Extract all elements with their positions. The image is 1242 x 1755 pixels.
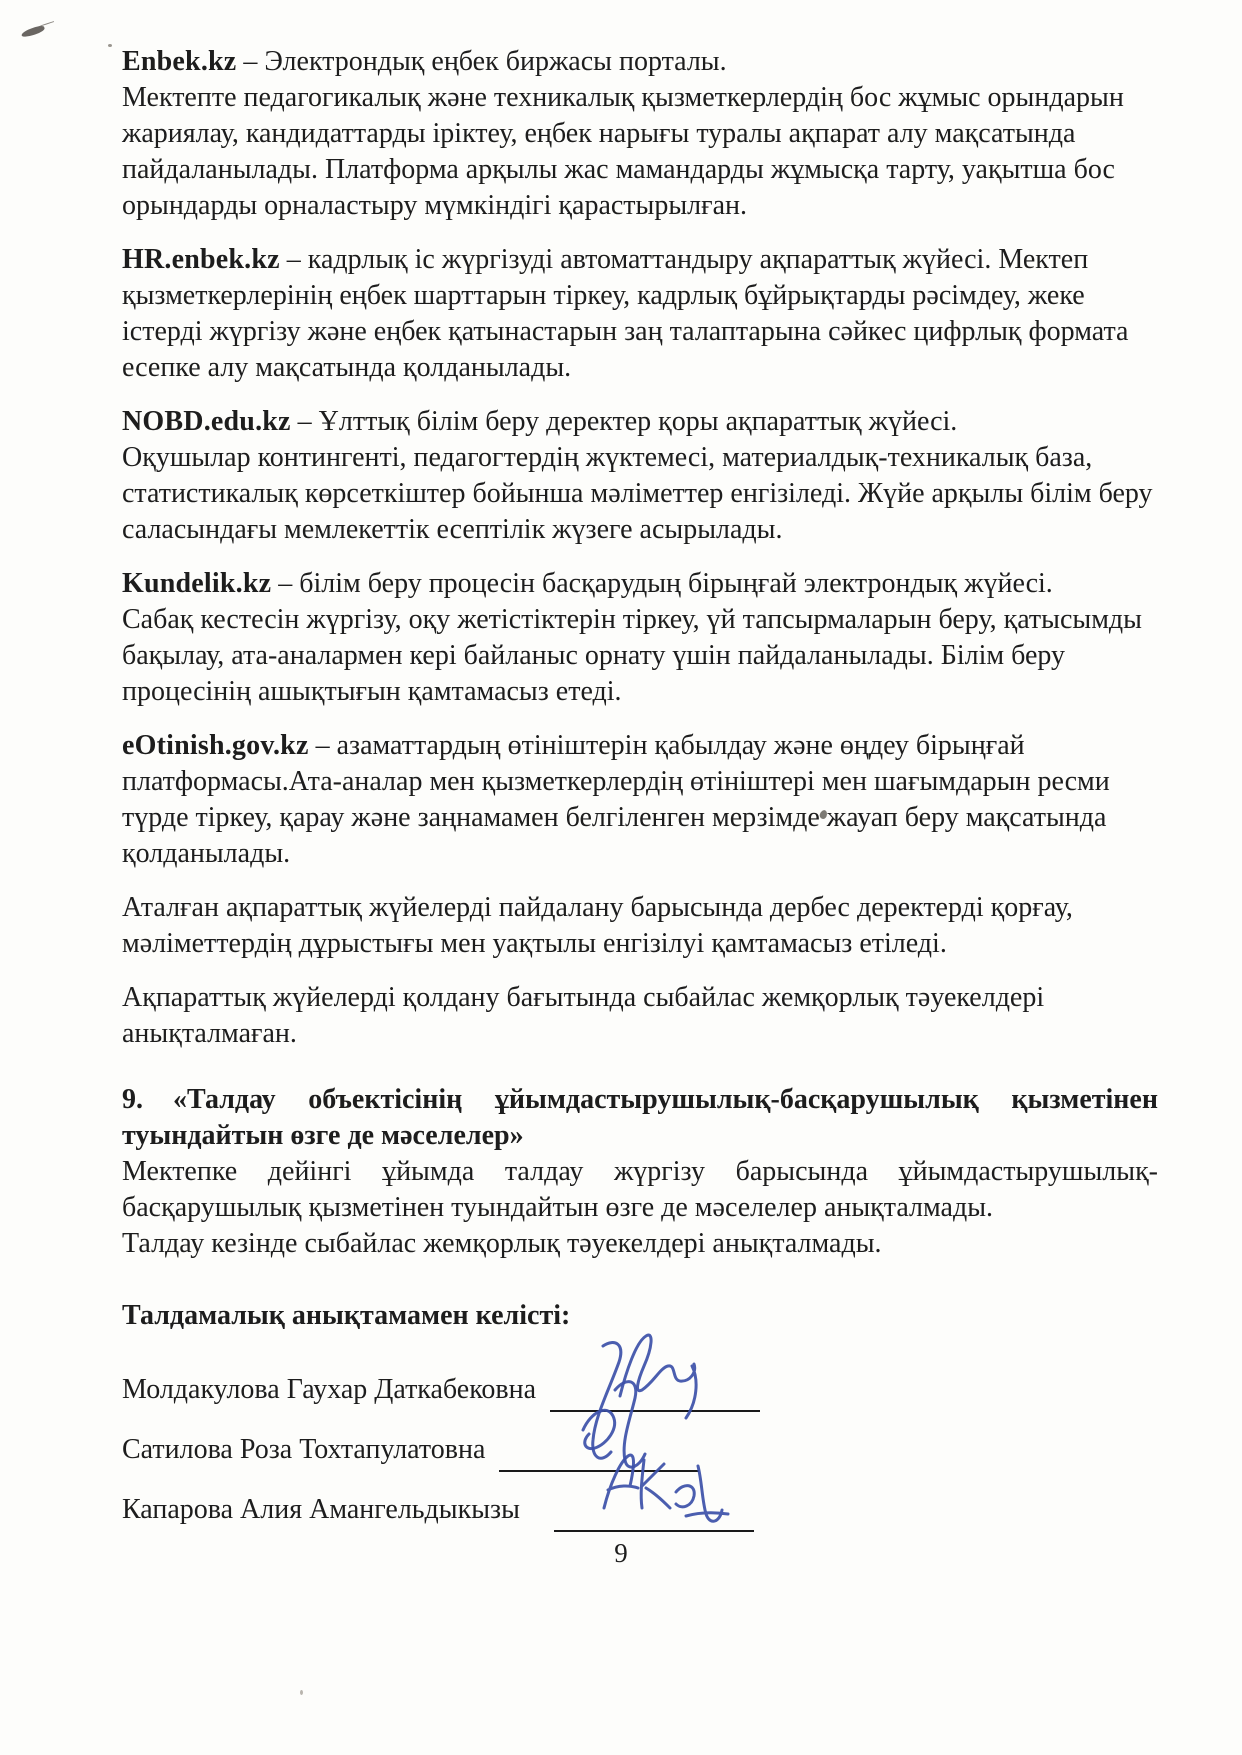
section-9-body-2-text: Талдау кезінде сыбайлас жемқорлық тәуеке… (122, 1228, 882, 1259)
signature-line-1 (550, 1370, 760, 1412)
separator: – (271, 568, 299, 599)
system-name-kundelik: Kundelik.kz (122, 568, 271, 599)
signature-line-2 (499, 1430, 699, 1472)
section-9-title: «Талдау объектісінің ұйымдастырушылық-ба… (122, 1084, 1158, 1151)
separator: – (291, 406, 319, 437)
signatory-name-3: Капарова Алия Амангельдыкызы (122, 1492, 520, 1532)
agreement-heading: Талдамалық анықтамамен келісті: (122, 1298, 1158, 1334)
page-number: 9 (0, 1538, 1242, 1569)
paragraph-eotinish: eOtinish.gov.kz – азаматтардың өтініштер… (122, 728, 1158, 872)
signatory-row-2: Сатилова Роза Тохтапулатовна (122, 1412, 1158, 1472)
paragraph-nobd: NOBD.edu.kz – Ұлттық білім беру деректер… (122, 404, 1158, 548)
paragraph-enbek: Enbek.kz – Электрондық еңбек биржасы пор… (122, 44, 1158, 224)
scan-speck (108, 44, 112, 47)
scan-speck (300, 1690, 303, 1695)
signatory-name-1: Молдакулова Гаухар Даткабековна (122, 1372, 536, 1412)
system-name-enbek: Enbek.kz (122, 46, 236, 77)
signatory-name-2: Сатилова Роза Тохтапулатовна (122, 1432, 485, 1472)
paragraph-data-protection: Аталған ақпараттық жүйелерді пайдалану б… (122, 890, 1158, 962)
system-name-hr-enbek: HR.enbek.kz (122, 244, 280, 275)
signature-block: Молдакулова Гаухар Даткабековна Сатилова… (122, 1352, 1158, 1532)
scanned-document-page: Enbek.kz – Электрондық еңбек биржасы пор… (0, 0, 1242, 1755)
paragraph-nobd-text: Оқушылар контингенті, педагогтердің жүкт… (122, 442, 1153, 545)
signatory-row-1: Молдакулова Гаухар Даткабековна (122, 1352, 1158, 1412)
separator: – (280, 244, 308, 275)
separator: – (309, 730, 337, 761)
section-9-body-1: Мектепке дейінгі ұйымда талдау жүргізу б… (122, 1154, 1158, 1226)
paragraph-hr-enbek: HR.enbek.kz – кадрлық іс жүргізуді автом… (122, 242, 1158, 386)
paragraph-kundelik: Kundelik.kz – білім беру процесін басқар… (122, 566, 1158, 710)
section-9-number: 9. (122, 1082, 143, 1118)
system-name-nobd: NOBD.edu.kz (122, 406, 291, 437)
section-9-body-2: Талдау кезінде сыбайлас жемқорлық тәуеке… (122, 1226, 1158, 1262)
paragraph-kundelik-text: Сабақ кестесін жүргізу, оқу жетістіктері… (122, 604, 1142, 707)
signatory-row-3: Капарова Алия Амангельдыкызы (122, 1472, 1158, 1532)
signature-line-3 (554, 1490, 754, 1532)
paragraph-enbek-text: Мектепте педагогикалық және техникалық қ… (122, 82, 1124, 221)
paragraph-no-corruption-risks: Ақпараттық жүйелерді қолдану бағытында с… (122, 980, 1158, 1052)
paragraph-kundelik-firstline: білім беру процесін басқарудың бірыңғай … (299, 568, 1053, 599)
paragraph-data-protection-text: Аталған ақпараттық жүйелерді пайдалану б… (122, 892, 1073, 959)
section-9-heading: 9.«Талдау объектісінің ұйымдастырушылық-… (122, 1082, 1158, 1154)
paragraph-nobd-firstline: Ұлттық білім беру деректер қоры ақпаратт… (319, 406, 958, 437)
paragraph-no-corruption-risks-text: Ақпараттық жүйелерді қолдану бағытында с… (122, 982, 1044, 1049)
document-body: Enbek.kz – Электрондық еңбек биржасы пор… (0, 0, 1242, 1532)
paragraph-enbek-firstline: Электрондық еңбек биржасы порталы. (264, 46, 726, 77)
system-name-eotinish: eOtinish.gov.kz (122, 730, 309, 761)
separator: – (236, 46, 264, 77)
section-9-body-1-text: Мектепке дейінгі ұйымда талдау жүргізу б… (122, 1156, 1158, 1223)
